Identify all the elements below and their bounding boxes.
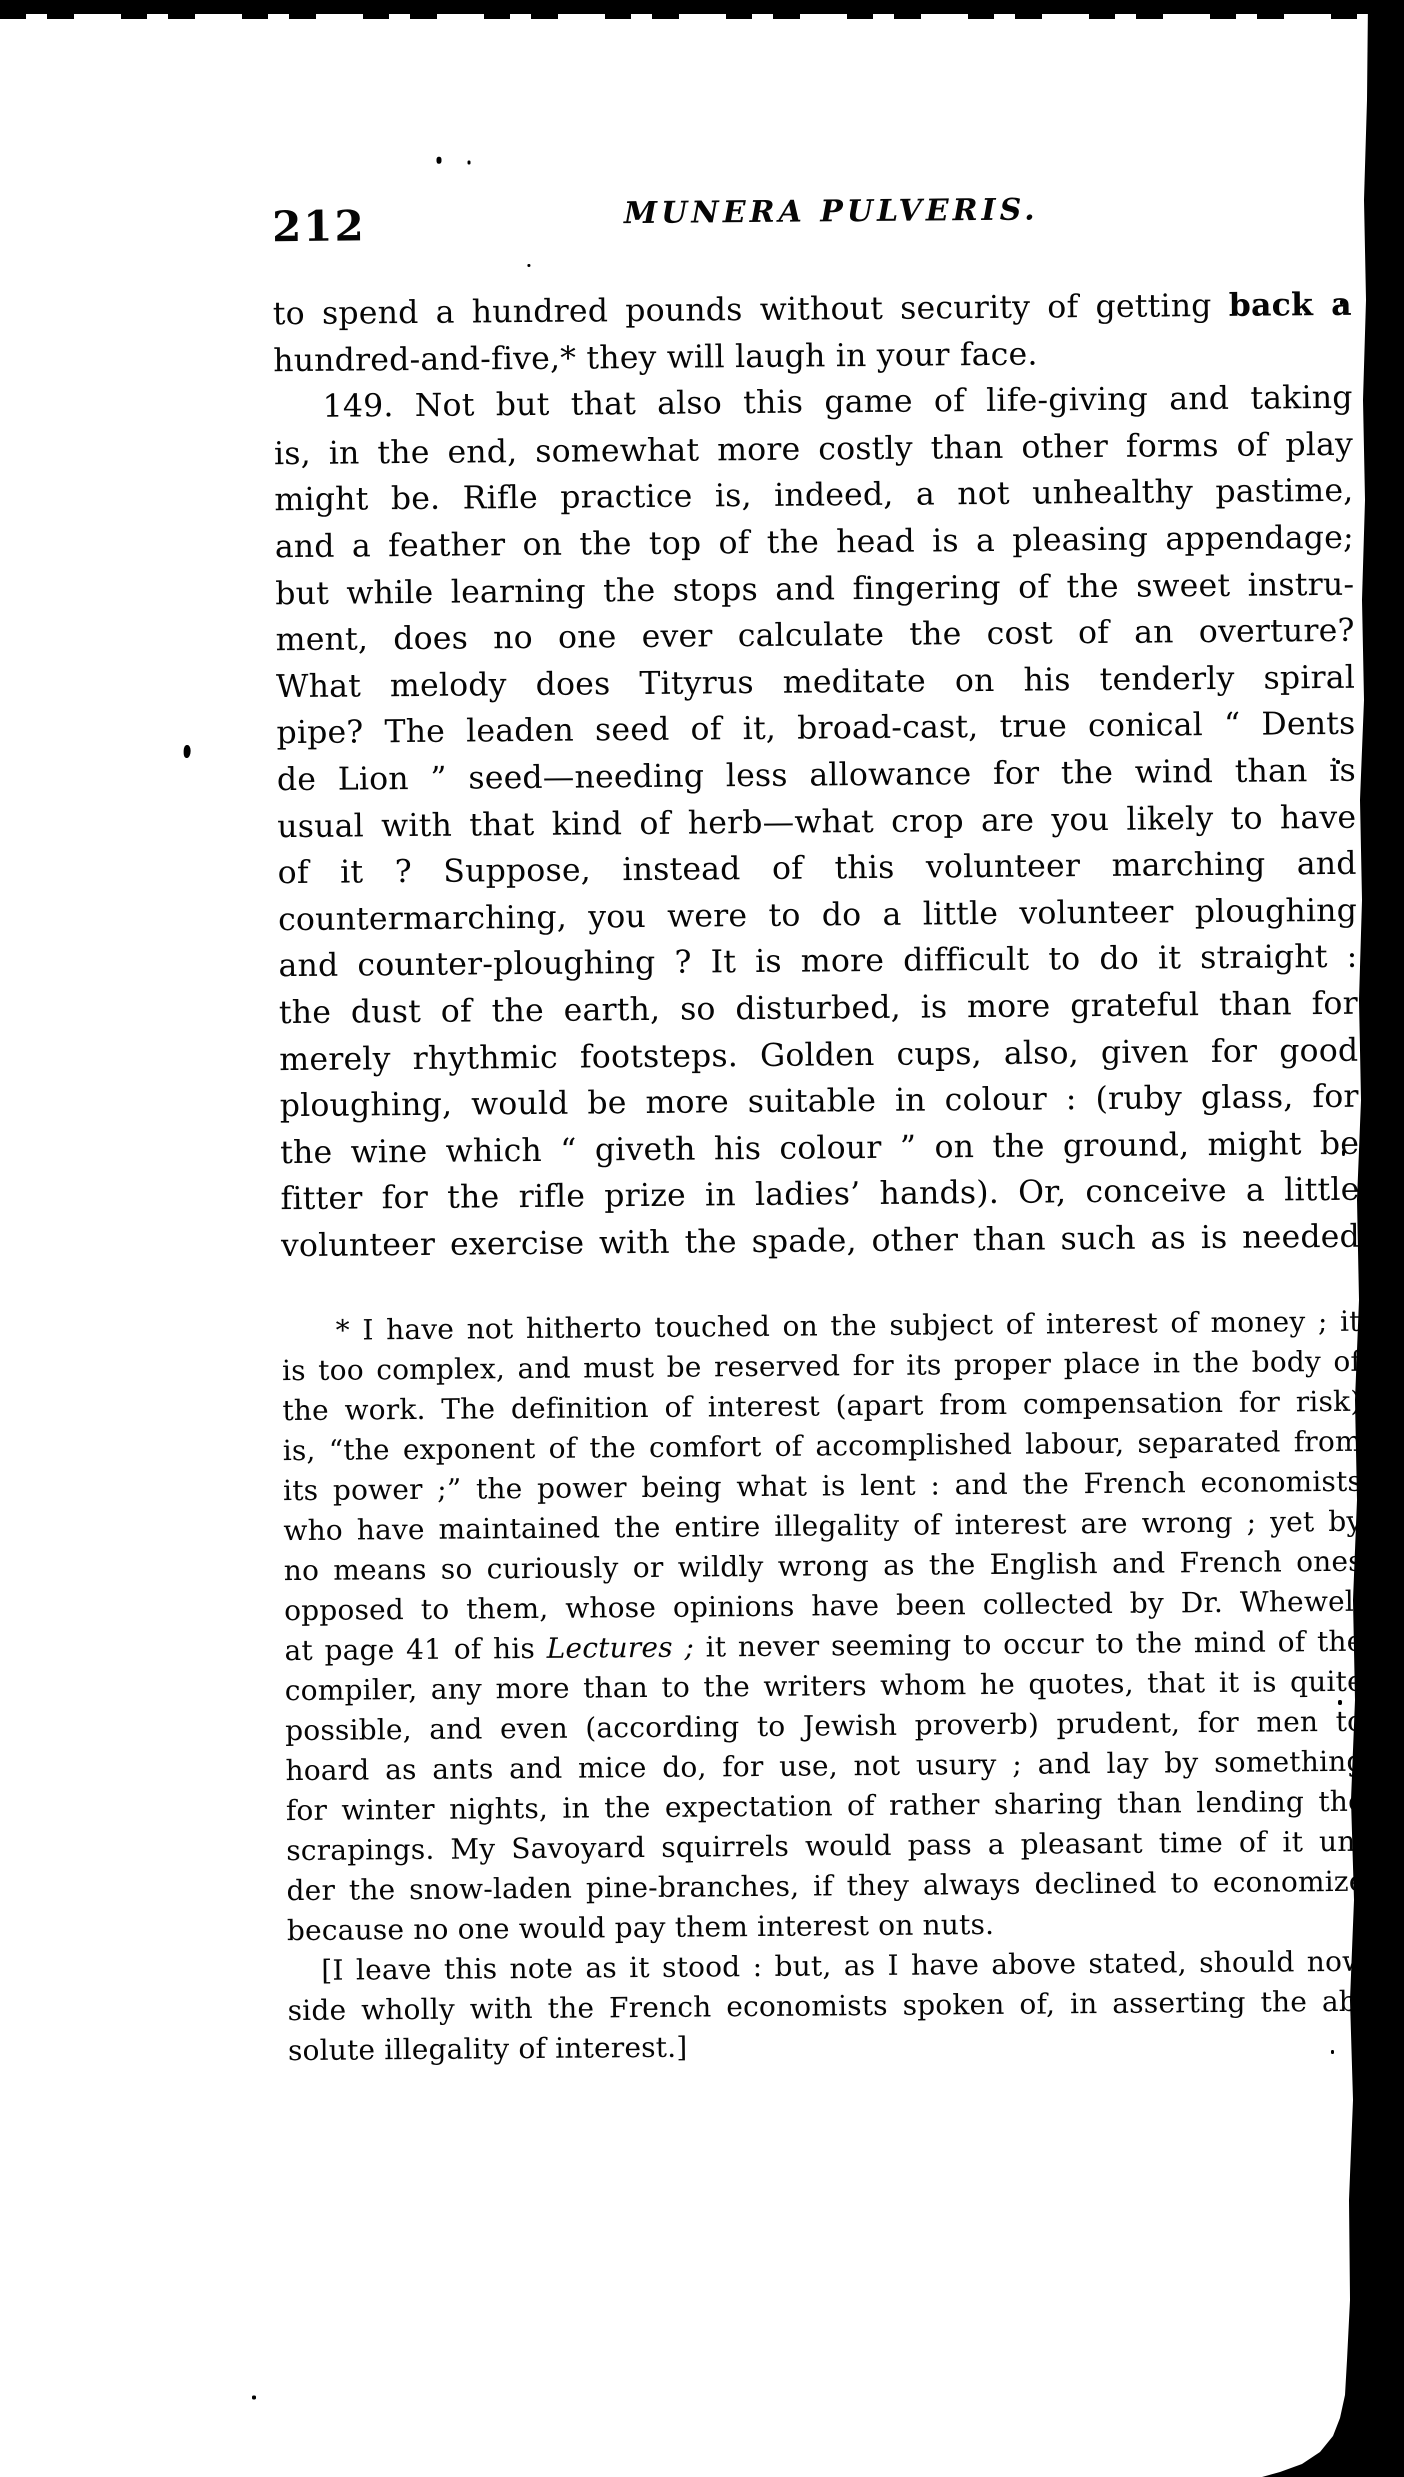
ink-speck — [1338, 1700, 1342, 1705]
ink-speck — [184, 745, 191, 758]
footnote-line-segment: at page 41 of his — [284, 1632, 546, 1667]
body-text: to spend a hundred pounds without securi… — [273, 282, 1360, 1270]
ink-speck — [436, 157, 441, 164]
text-line: to spend a hundred pounds without securi… — [273, 282, 1352, 338]
footnote-book-title: Lectures ; — [547, 1631, 695, 1665]
scan-edge-top — [0, 0, 1404, 14]
footnote-text: * I have not hitherto touched on the sub… — [282, 1302, 1368, 2071]
ink-speck — [1340, 300, 1343, 305]
ink-speck — [1342, 1150, 1345, 1156]
page-content: 212 MUNERA PULVERIS. to spend a hundred … — [0, 0, 1404, 2477]
text-line-segment-bold: back a — [1229, 286, 1352, 324]
ink-speck — [1331, 2050, 1334, 2054]
running-header-title: MUNERA PULVERIS. — [624, 196, 1039, 230]
ink-speck — [467, 160, 470, 164]
ink-speck — [527, 264, 530, 267]
scanned-book-page: 212 MUNERA PULVERIS. to spend a hundred … — [0, 0, 1404, 2477]
footnote-line: solute illegality of interest.] — [288, 2022, 1367, 2071]
page-number: 212 — [272, 205, 366, 248]
footnote-line-segment: it never seeming to occur to the mind of… — [694, 1625, 1364, 1664]
ink-speck — [1336, 760, 1340, 764]
text-line: volunteer exercise with the spade, other… — [281, 1214, 1360, 1270]
ink-speck — [252, 2395, 256, 2399]
scan-edge-top-fragment — [0, 14, 1404, 19]
text-line-segment: to spend a hundred pounds without securi… — [273, 288, 1229, 332]
